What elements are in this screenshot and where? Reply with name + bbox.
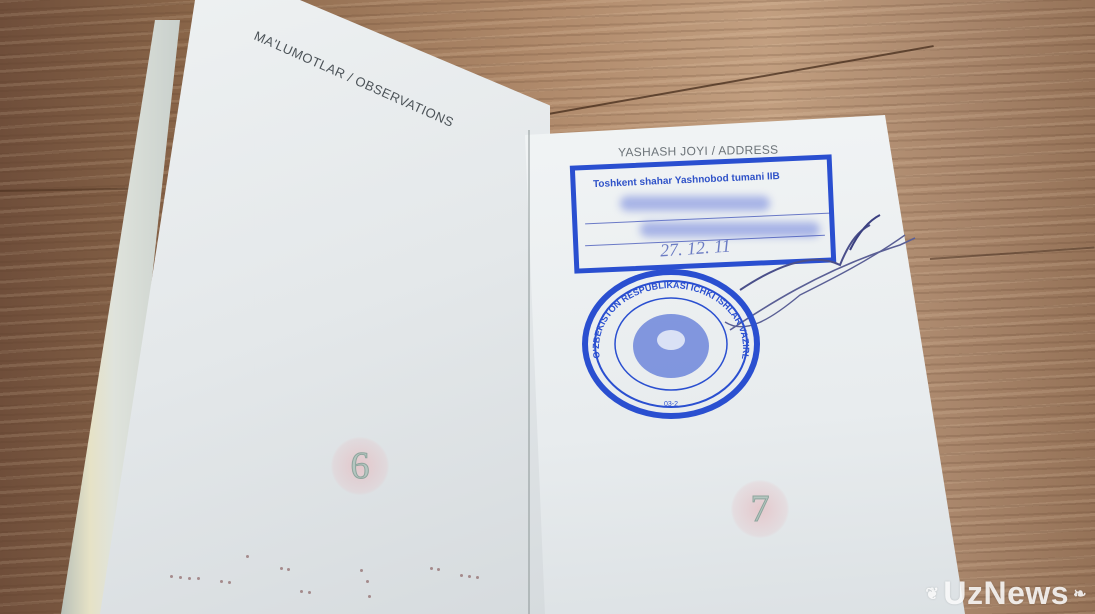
- page-number-right: 7: [731, 480, 789, 538]
- passport-spine: [528, 130, 530, 614]
- ministry-round-seal: O'ZBEKISTON RESPUBLIKASI ICHKI ISHLAR VA…: [580, 268, 762, 420]
- seal-code: 03-2: [664, 401, 678, 408]
- ornament-icon: ❦: [925, 584, 939, 604]
- passport-photo: MA'LUMOTLAR / OBSERVATIONS YASHASH JOYI …: [0, 0, 1095, 614]
- redacted-address-line-1: [620, 196, 770, 211]
- uznews-watermark: ❦ UzNews ❧: [925, 575, 1087, 612]
- watermark-text: UzNews: [943, 575, 1069, 612]
- ornament-icon: ❧: [1073, 584, 1087, 604]
- page-number-left: 6: [331, 437, 389, 495]
